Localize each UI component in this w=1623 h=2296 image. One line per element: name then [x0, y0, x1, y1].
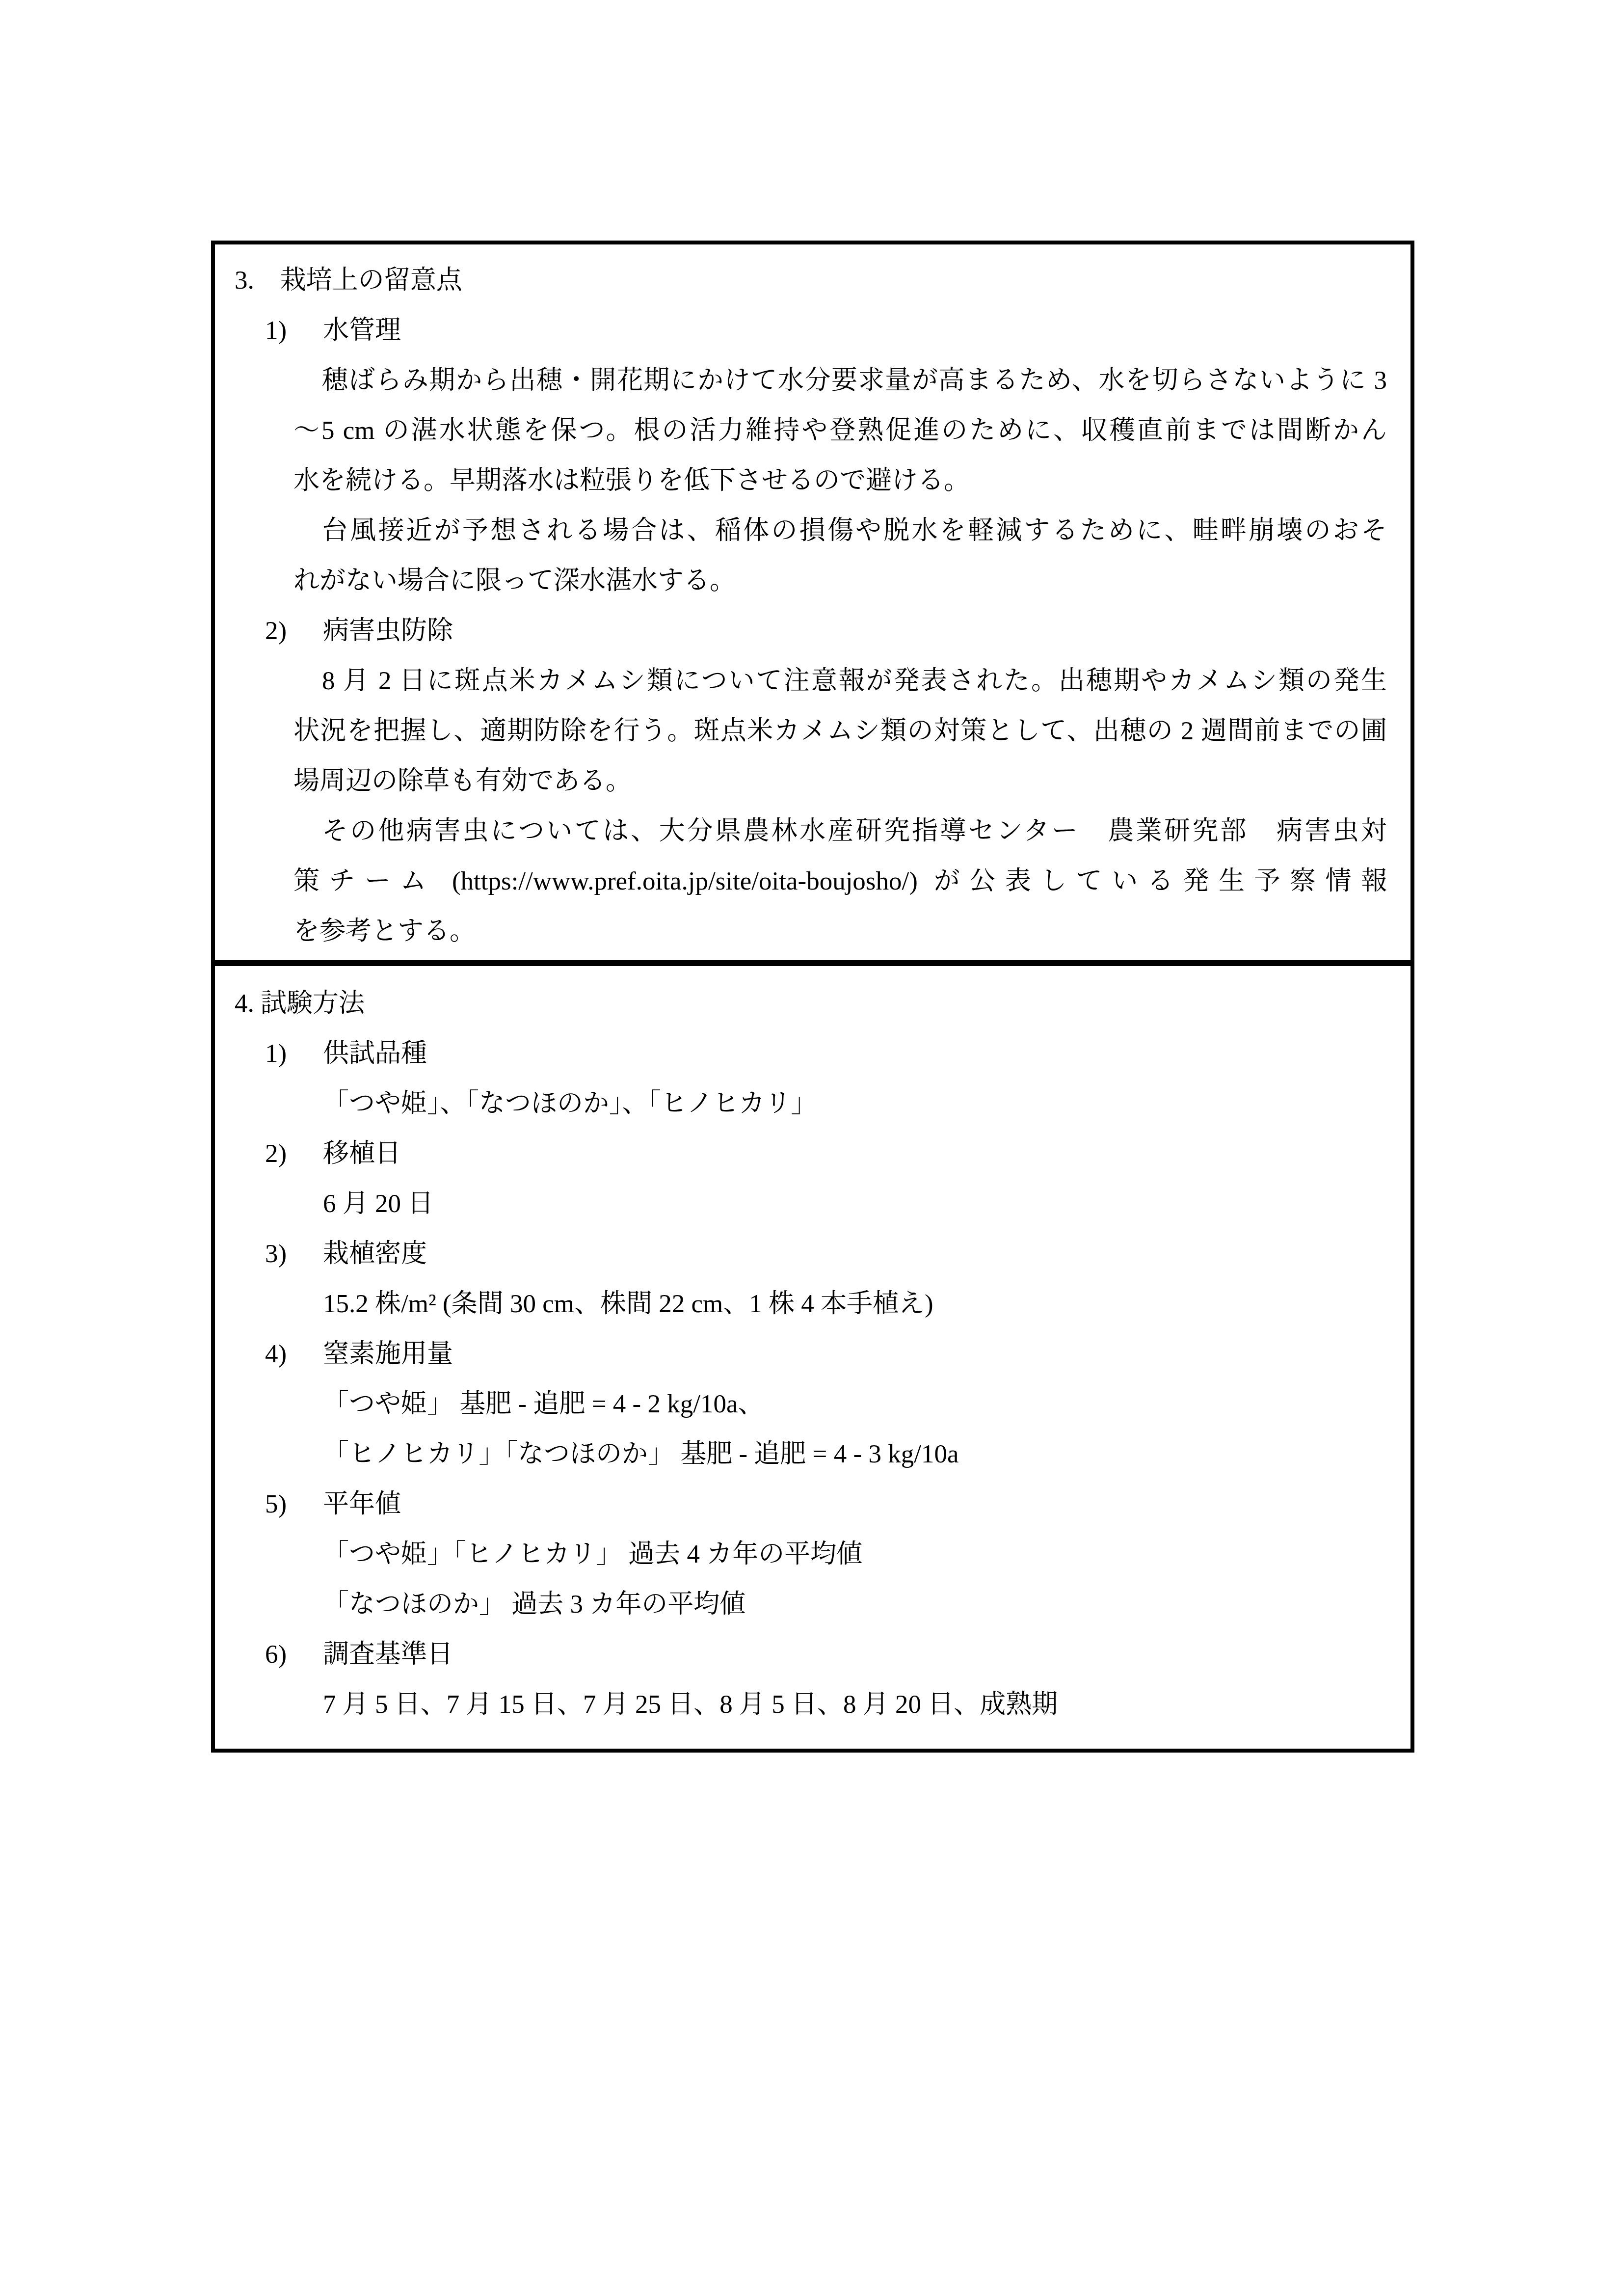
document-page: 3. 栽培上の留意点 1)水管理 穂ばらみ期から出穂・開花期にかけて水分要求量が… [0, 0, 1623, 2296]
item-title: 供試品種 [323, 1039, 427, 1068]
subitem-nitrogen-application: 4)窒素施用量 [215, 1329, 1410, 1379]
section-4-test-methods-box: 4. 試験方法 1)供試品種 「つや姫」、「なつほのか」、「ヒノヒカリ」 2)移… [211, 963, 1414, 1753]
item-number: 3) [265, 1229, 323, 1279]
subitem-transplanting-date: 2)移植日 [215, 1129, 1410, 1179]
paragraph-line: れがない場合に限って深水湛水する。 [293, 556, 1387, 606]
paragraph-water-management-2: 台風接近が予想される場合は、稲体の損傷や脱水を軽減するために、畦畔崩壊のおそ れ… [293, 506, 1387, 606]
item-value: 「ヒノヒカリ」「なつほのか」 基肥 - 追肥 = 4 - 3 kg/10a [215, 1429, 1410, 1479]
item-number: 1) [265, 305, 323, 355]
item-title: 水管理 [323, 316, 401, 345]
paragraph-line: 〜5 cm の湛水状態を保つ。根の活力維持や登熟促進のために、収穫直前までは間断… [293, 405, 1387, 456]
paragraph-line: 8 月 2 日に斑点米カメムシ類について注意報が発表された。出穂期やカメムシ類の… [293, 656, 1387, 706]
paragraph-pest-control-1: 8 月 2 日に斑点米カメムシ類について注意報が発表された。出穂期やカメムシ類の… [293, 656, 1387, 806]
paragraph-line: その他病害虫については、大分県農林水産研究指導センター 農業研究部 病害虫対 [293, 806, 1387, 856]
item-value: 「つや姫」、「なつほのか」、「ヒノヒカリ」 [215, 1079, 1410, 1129]
subitem-normal-year-value: 5)平年値 [215, 1479, 1410, 1529]
subitem-survey-reference-dates: 6)調査基準日 [215, 1629, 1410, 1679]
subitem-water-management: 1)水管理 [215, 305, 1410, 355]
item-number: 6) [265, 1629, 323, 1679]
paragraph-line: を参考とする。 [293, 906, 1387, 956]
paragraph-line: 台風接近が予想される場合は、稲体の損傷や脱水を軽減するために、畦畔崩壊のおそ [293, 506, 1387, 556]
item-number: 1) [265, 1028, 323, 1079]
item-value: 「つや姫」「ヒノヒカリ」 過去 4 カ年の平均値 [215, 1529, 1410, 1579]
section-4-heading: 4. 試験方法 [215, 978, 1410, 1028]
item-title: 平年値 [323, 1490, 401, 1518]
subitem-planting-density: 3)栽植密度 [215, 1229, 1410, 1279]
item-value: 「つや姫」 基肥 - 追肥 = 4 - 2 kg/10a、 [215, 1379, 1410, 1429]
item-title: 移植日 [323, 1139, 401, 1168]
item-value: 15.2 株/m² (条間 30 cm、株間 22 cm、1 株 4 本手植え) [215, 1279, 1410, 1329]
paragraph-line: 水を続ける。早期落水は粒張りを低下させるので避ける。 [293, 456, 1387, 506]
paragraph-pest-control-2: その他病害虫については、大分県農林水産研究指導センター 農業研究部 病害虫対 策… [293, 806, 1387, 956]
item-value: 7 月 5 日、7 月 15 日、7 月 25 日、8 月 5 日、8 月 20… [215, 1679, 1410, 1729]
section-3-cultivation-notes-box: 3. 栽培上の留意点 1)水管理 穂ばらみ期から出穂・開花期にかけて水分要求量が… [211, 241, 1414, 963]
item-title: 栽植密度 [323, 1240, 427, 1268]
subitem-test-varieties: 1)供試品種 [215, 1028, 1410, 1079]
subitem-pest-control: 2)病害虫防除 [215, 606, 1410, 656]
item-value: 「なつほのか」 過去 3 カ年の平均値 [215, 1579, 1410, 1629]
paragraph-line: 場周辺の除草も有効である。 [293, 756, 1387, 806]
item-title: 窒素施用量 [323, 1340, 453, 1368]
paragraph-line: 穂ばらみ期から出穂・開花期にかけて水分要求量が高まるため、水を切らさないように … [293, 355, 1387, 405]
item-title: 調査基準日 [323, 1640, 453, 1669]
paragraph-line-url: 策チーム (https://www.pref.oita.jp/site/oita… [293, 856, 1387, 906]
paragraph-water-management-1: 穂ばらみ期から出穂・開花期にかけて水分要求量が高まるため、水を切らさないように … [293, 355, 1387, 506]
paragraph-line: 状況を把握し、適期防除を行う。斑点米カメムシ類の対策として、出穂の 2 週間前ま… [293, 706, 1387, 756]
item-number: 2) [265, 1129, 323, 1179]
item-number: 4) [265, 1329, 323, 1379]
item-number: 5) [265, 1479, 323, 1529]
item-number: 2) [265, 606, 323, 656]
item-title: 病害虫防除 [323, 617, 453, 645]
item-value: 6 月 20 日 [215, 1179, 1410, 1229]
section-3-heading: 3. 栽培上の留意点 [215, 255, 1410, 305]
